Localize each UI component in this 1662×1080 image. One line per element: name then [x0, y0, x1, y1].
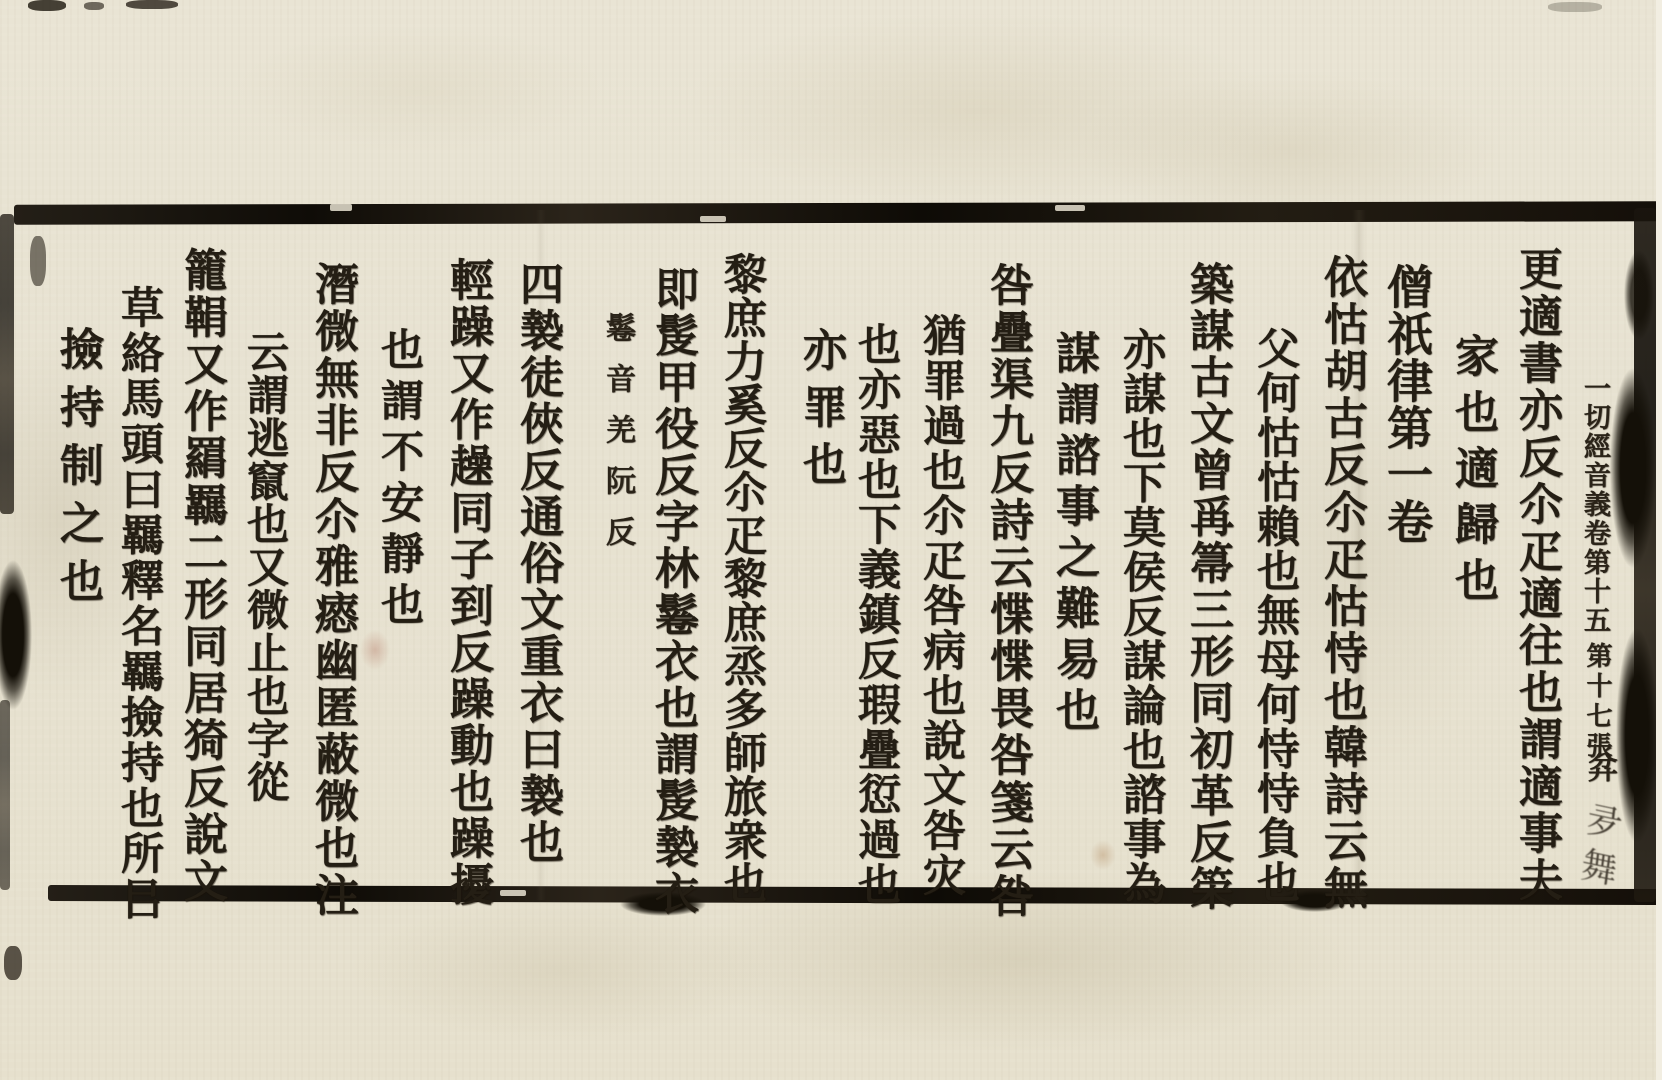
ink-blotch — [0, 560, 32, 710]
text-column-22: 草絡馬頭曰羈釋名羈撿持也所㠯 — [105, 285, 160, 922]
text-column-20: 云謂逃竄也又微止也字從 — [232, 330, 286, 803]
text-column-11: 也亦惡也下義鎮反瑕疊愆過也 — [842, 322, 897, 907]
text-column-14: 即髲甲役反字林鬈衣也謂髲褺衣 — [638, 266, 694, 917]
ink-speck — [126, 0, 178, 9]
text-column-13: 黎庶力奚反尒疋黎庶烝多師旅衆也 — [708, 252, 763, 905]
ink-speck — [28, 0, 66, 11]
frame-border-break — [500, 890, 526, 896]
text-column-2: 家也適歸也 — [1438, 333, 1494, 613]
frame-border-left — [0, 214, 14, 514]
text-column-17: 輕躁又作趮同子到反躁動也躁擾 — [433, 257, 489, 908]
sheet-number-column: 第十七張 — [1570, 642, 1610, 762]
paper-edge — [1656, 0, 1662, 1080]
paper-stain — [360, 630, 390, 670]
pronunciation-note-column: 鬈音羌阮反 — [590, 312, 632, 567]
text-column-19: 潛微無非反尒雅瘱幽匿蔽微也注 — [298, 261, 354, 919]
frame-border-break — [1055, 205, 1085, 211]
collation-mark: 弅 — [1576, 752, 1614, 782]
frame-border-top — [14, 201, 1662, 224]
text-column-9: 咎疊渠九反詩云惵惵畏咎箋云咎 — [973, 262, 1029, 920]
text-column-8: 謀謂諮事之難易也 — [1039, 330, 1095, 738]
text-column-7: 亦謀也下莫侯反謀論也諮事為 — [1107, 327, 1162, 906]
manuscript-page: 一切經音義卷第十五 第十七張 弅 夛舞 更適書亦反尒疋適往也謂適事夫 家也適歸也… — [0, 0, 1662, 1080]
handwritten-annotation: 夛舞 — [1575, 799, 1622, 898]
text-column-12: 亦罪也 — [786, 327, 842, 498]
text-column-4: 依怙胡古反尒疋怙恃也韓詩云無 — [1307, 254, 1363, 912]
text-column-18: 也謂不安靜也 — [365, 327, 420, 633]
text-column-10: 猶罪過也尒疋咎病也說文咎灾 — [907, 313, 962, 898]
ink-speck — [30, 236, 46, 286]
text-column-6: 築謀古文曾爯箒三形同初革反筞 — [1173, 261, 1229, 912]
text-column-23: 撿持制之也 — [43, 326, 99, 616]
ink-blotch — [1610, 368, 1656, 568]
section-heading-column: 僧祇律第一卷 — [1372, 263, 1430, 545]
ink-blotch — [1624, 250, 1654, 340]
text-column-21: 籠鞙又作羂羈二形同居猗反說文 — [167, 247, 223, 905]
text-column-1: 更適書亦反尒疋適往也謂適事夫 — [1502, 246, 1558, 904]
ink-speck — [84, 2, 104, 10]
frame-border-left-lower — [0, 700, 10, 890]
text-column-5: 父何怙怙賴也無母何恃恃負也 — [1241, 326, 1296, 905]
frame-border-break — [330, 204, 352, 211]
ink-speck — [1548, 2, 1602, 12]
text-column-16: 四褺徒俠反通俗文重衣曰褺也 — [503, 261, 559, 866]
volume-title-column: 一切經音義卷第十五 — [1566, 374, 1608, 635]
frame-border-break — [700, 216, 726, 222]
ink-speck — [4, 946, 22, 980]
